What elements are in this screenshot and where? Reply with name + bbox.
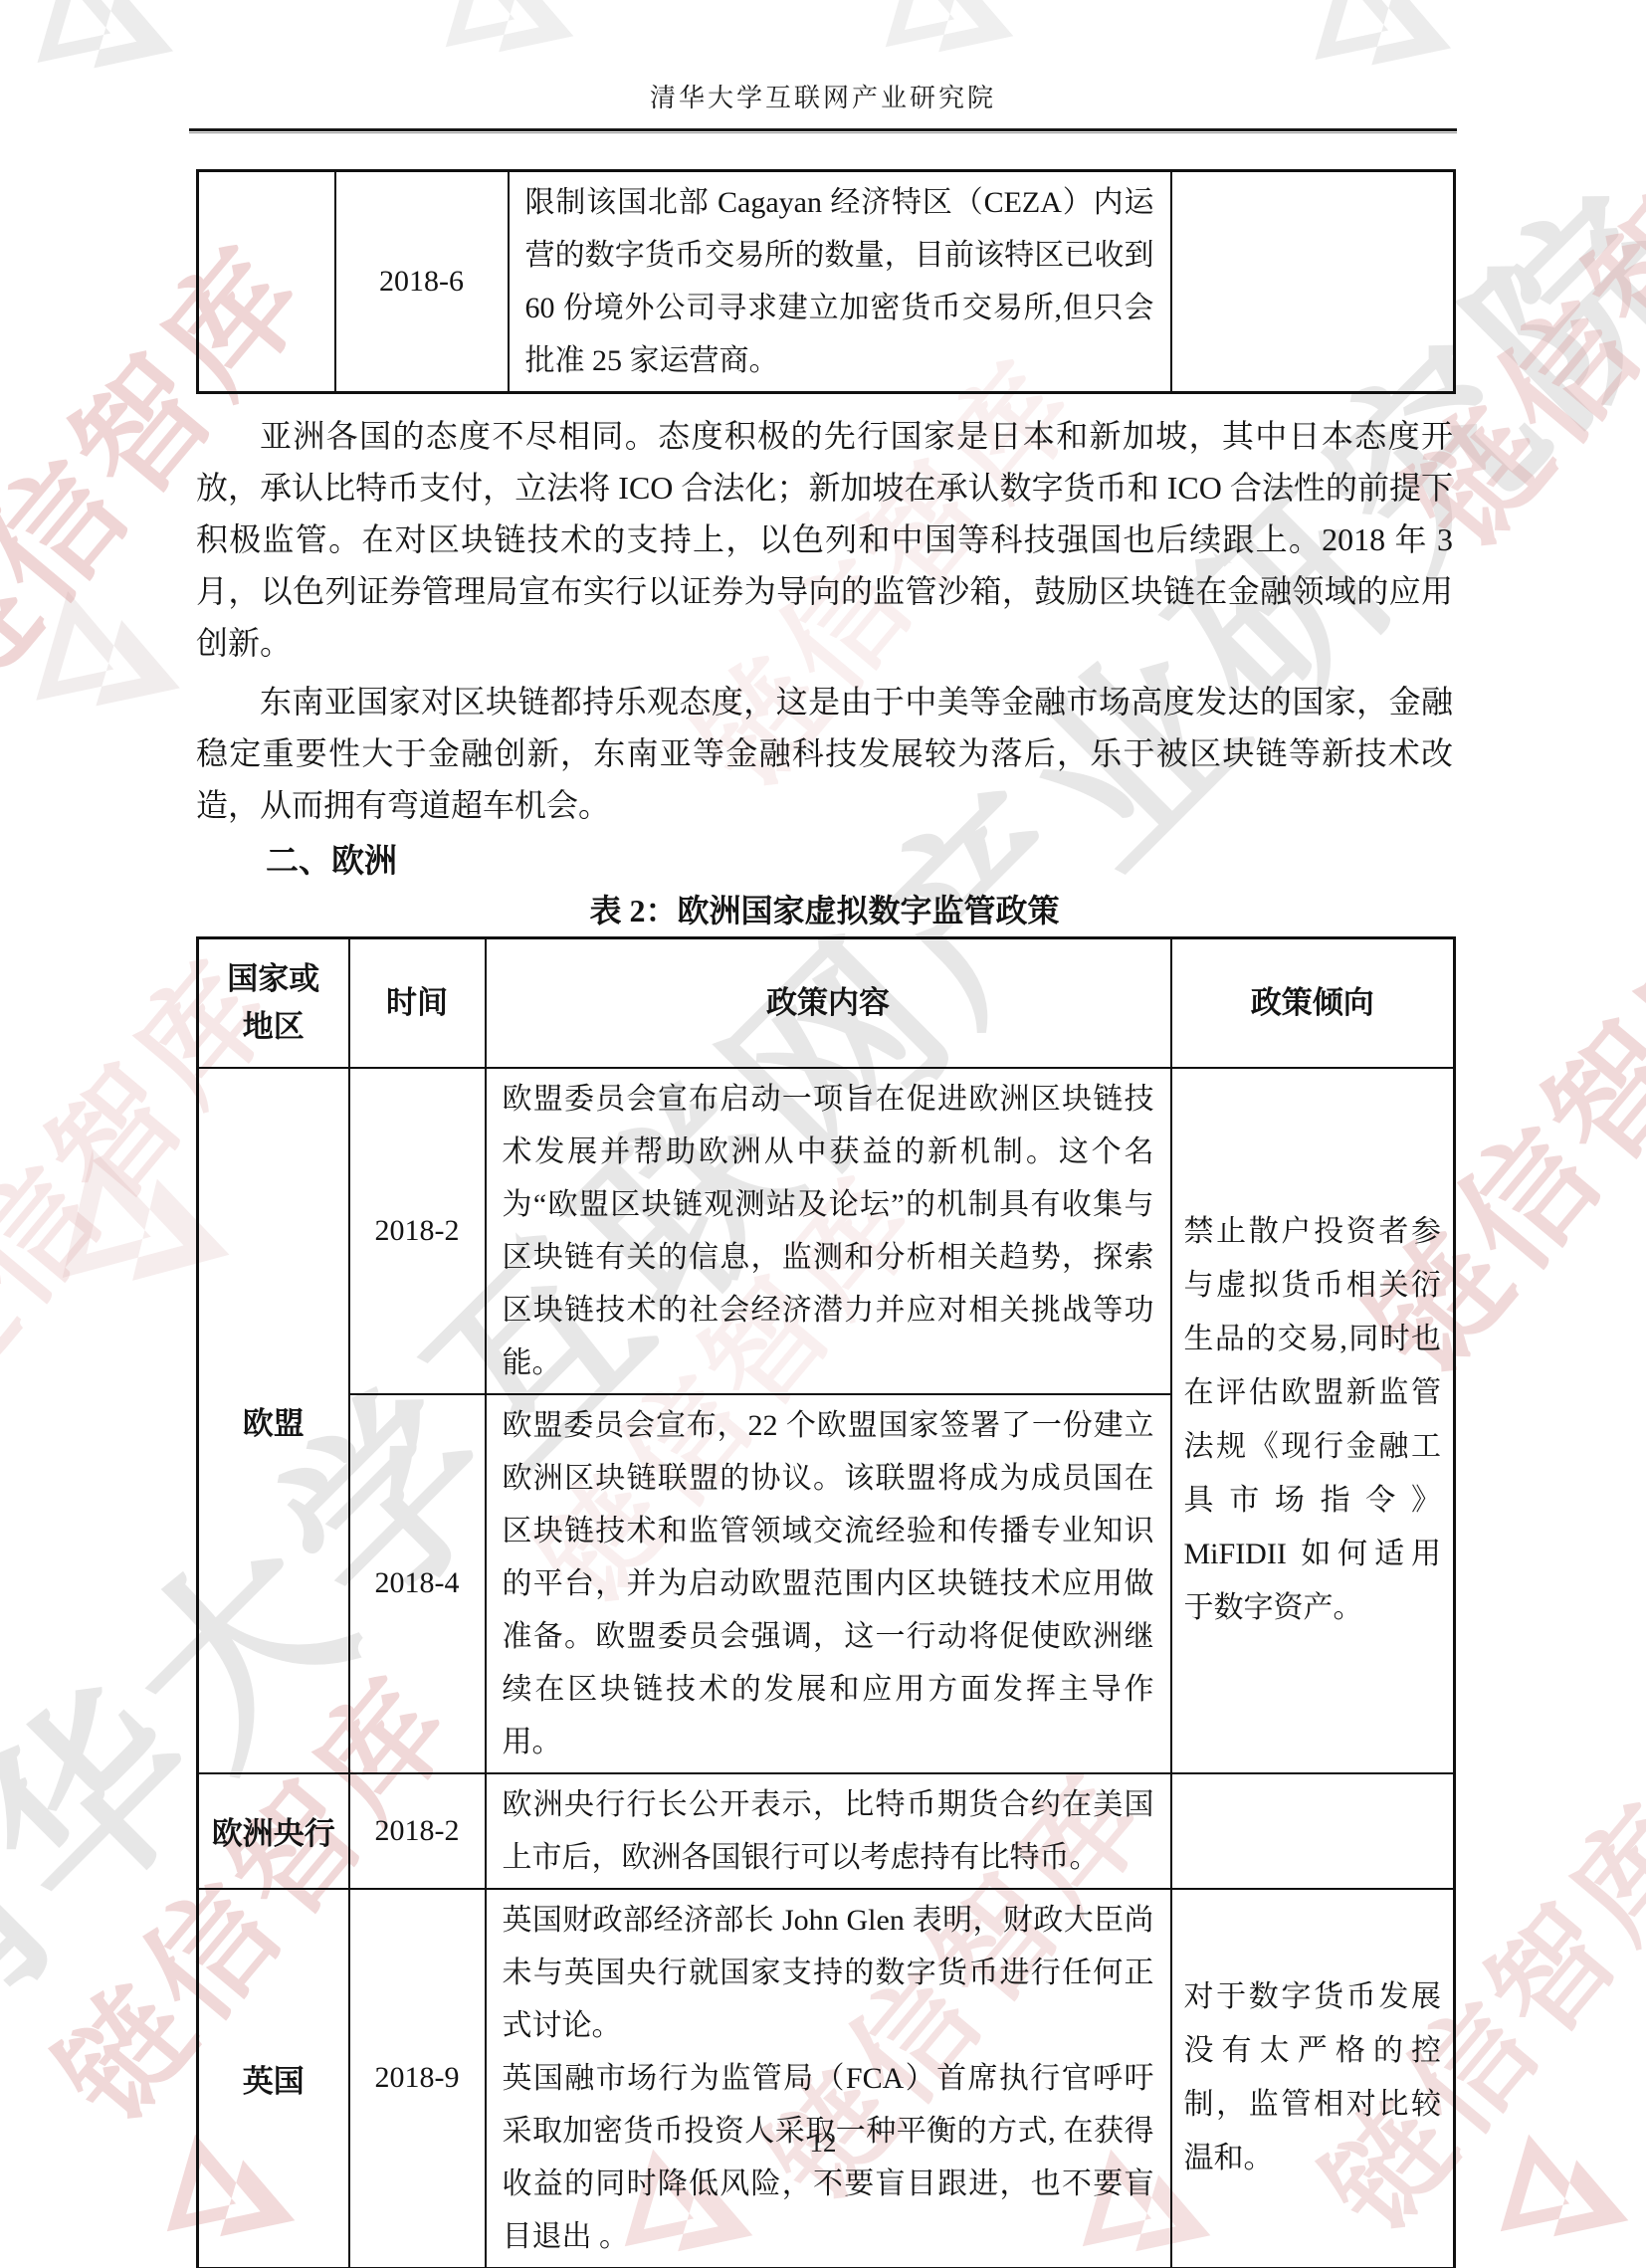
header-rule — [189, 128, 1457, 133]
time-cell: 2018-4 — [349, 1394, 486, 1773]
time-cell: 2018-2 — [349, 1773, 486, 1889]
table-row-uk: 英国 2018-9 英国财政部经济部长 John Glen 表明，财政大臣尚未与… — [198, 1889, 1455, 2268]
europe-policy-table: 国家或 地区 时间 政策内容 政策倾向 欧盟 2018-2 欧盟委员会宣布启动一… — [196, 936, 1456, 2268]
tendency-cell — [1171, 1773, 1455, 1889]
region-cell: 欧盟 — [198, 1068, 349, 1773]
time-cell: 2018-6 — [335, 171, 509, 393]
policy-content-cell: 英国财政部经济部长 John Glen 表明，财政大臣尚未与英国央行就国家支持的… — [486, 1889, 1171, 2268]
table-header-row: 国家或 地区 时间 政策内容 政策倾向 — [198, 938, 1455, 1068]
policy-content-cell: 限制该国北部 Cagayan 经济特区（CEZA）内运营的数字货币交易所的数量，… — [509, 171, 1171, 393]
policy-content-cell: 欧盟委员会宣布启动一项旨在促进欧洲区块链技术发展并帮助欧洲从中获益的新机制。这个… — [486, 1068, 1171, 1394]
asia-policy-table-fragment: 2018-6 限制该国北部 Cagayan 经济特区（CEZA）内运营的数字货币… — [196, 169, 1456, 394]
policy-content-cell: 欧洲央行行长公开表示，比特币期货合约在美国上市后，欧洲各国银行可以考虑持有比特币… — [486, 1773, 1171, 1889]
table-row-eu-2018-2: 欧盟 2018-2 欧盟委员会宣布启动一项旨在促进欧洲区块链技术发展并帮助欧洲从… — [198, 1068, 1455, 1394]
table-row: 2018-6 限制该国北部 Cagayan 经济特区（CEZA）内运营的数字货币… — [198, 171, 1455, 393]
region-cell: 英国 — [198, 1889, 349, 2268]
tendency-cell — [1171, 171, 1455, 393]
table2-caption: 表 2：欧洲国家虚拟数字监管政策 — [196, 889, 1453, 932]
col-header-content: 政策内容 — [486, 938, 1171, 1068]
page-header-title: 清华大学互联网产业研究院 — [0, 0, 1646, 114]
col-header-region: 国家或 地区 — [198, 938, 349, 1068]
region-cell: 欧洲央行 — [198, 1773, 349, 1889]
policy-content-paragraph: 英国财政部经济部长 John Glen 表明，财政大臣尚未与英国央行就国家支持的… — [503, 1894, 1154, 2052]
body-text: 亚洲各国的态度不尽相同。态度积极的先行国家是日本和新加坡，其中日本态度开放，承认… — [196, 410, 1453, 932]
paragraph-asia-attitudes: 亚洲各国的态度不尽相同。态度积极的先行国家是日本和新加坡，其中日本态度开放，承认… — [196, 410, 1453, 669]
region-cell — [198, 171, 335, 393]
tendency-cell: 对于数字货币发展没有太严格的控制，监管相对比较温和。 — [1171, 1889, 1455, 2268]
document-page: 清华大学互联网产业研究院 链信智库 链信智库 链信智库 链信智库 链信智库 链信… — [0, 0, 1646, 2268]
page-number: 12 — [0, 2128, 1646, 2159]
policy-content-cell: 欧盟委员会宣布，22 个欧盟国家签署了一份建立欧洲区块链联盟的协议。该联盟将成为… — [486, 1394, 1171, 1773]
col-header-time: 时间 — [349, 938, 486, 1068]
time-cell: 2018-9 — [349, 1889, 486, 2268]
paragraph-southeast-asia: 东南亚国家对区块链都持乐观态度，这是由于中美等金融市场高度发达的国家，金融稳定重… — [196, 676, 1453, 831]
time-cell: 2018-2 — [349, 1068, 486, 1394]
table-row-ecb: 欧洲央行 2018-2 欧洲央行行长公开表示，比特币期货合约在美国上市后，欧洲各… — [198, 1773, 1455, 1889]
col-header-tendency: 政策倾向 — [1171, 938, 1455, 1068]
section-heading-europe: 二、欧洲 — [266, 839, 1453, 885]
tendency-cell: 禁止散户投资者参与虚拟货币相关衍生品的交易,同时也在评估欧盟新监管法规《现行金融… — [1171, 1068, 1455, 1773]
